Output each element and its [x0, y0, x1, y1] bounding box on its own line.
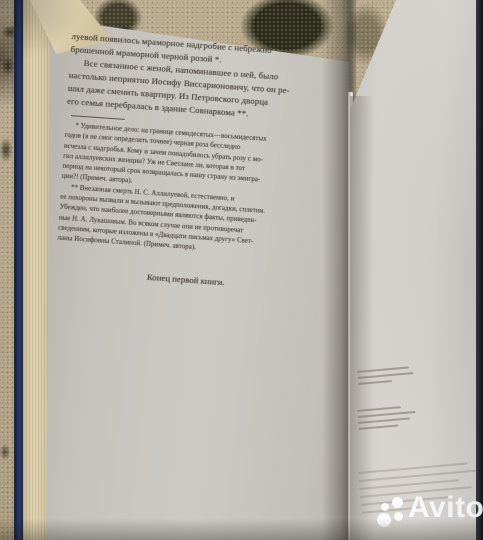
logo-dot	[394, 512, 403, 521]
logo-dot	[381, 503, 389, 511]
imprint-text-line	[358, 417, 410, 424]
imprint-text-line	[358, 372, 414, 379]
imprint-block-credits	[357, 405, 417, 434]
logo-dot	[392, 497, 403, 508]
footnote-separator	[71, 115, 125, 120]
imprint-text-line	[358, 380, 392, 385]
avito-logo-text: Avito	[408, 491, 483, 525]
page-text: луевой появилось мраморное надгробие с н…	[55, 30, 339, 294]
logo-dot	[377, 513, 391, 527]
book-cover-edge-right	[476, 0, 483, 540]
book-photo: луевой появилось мраморное надгробие с н…	[0, 0, 483, 540]
book-cover-edge-left	[14, 0, 23, 540]
avito-logo-icon	[374, 494, 410, 530]
avito-watermark: Avito	[372, 492, 482, 534]
imprint-text-line	[359, 424, 399, 429]
